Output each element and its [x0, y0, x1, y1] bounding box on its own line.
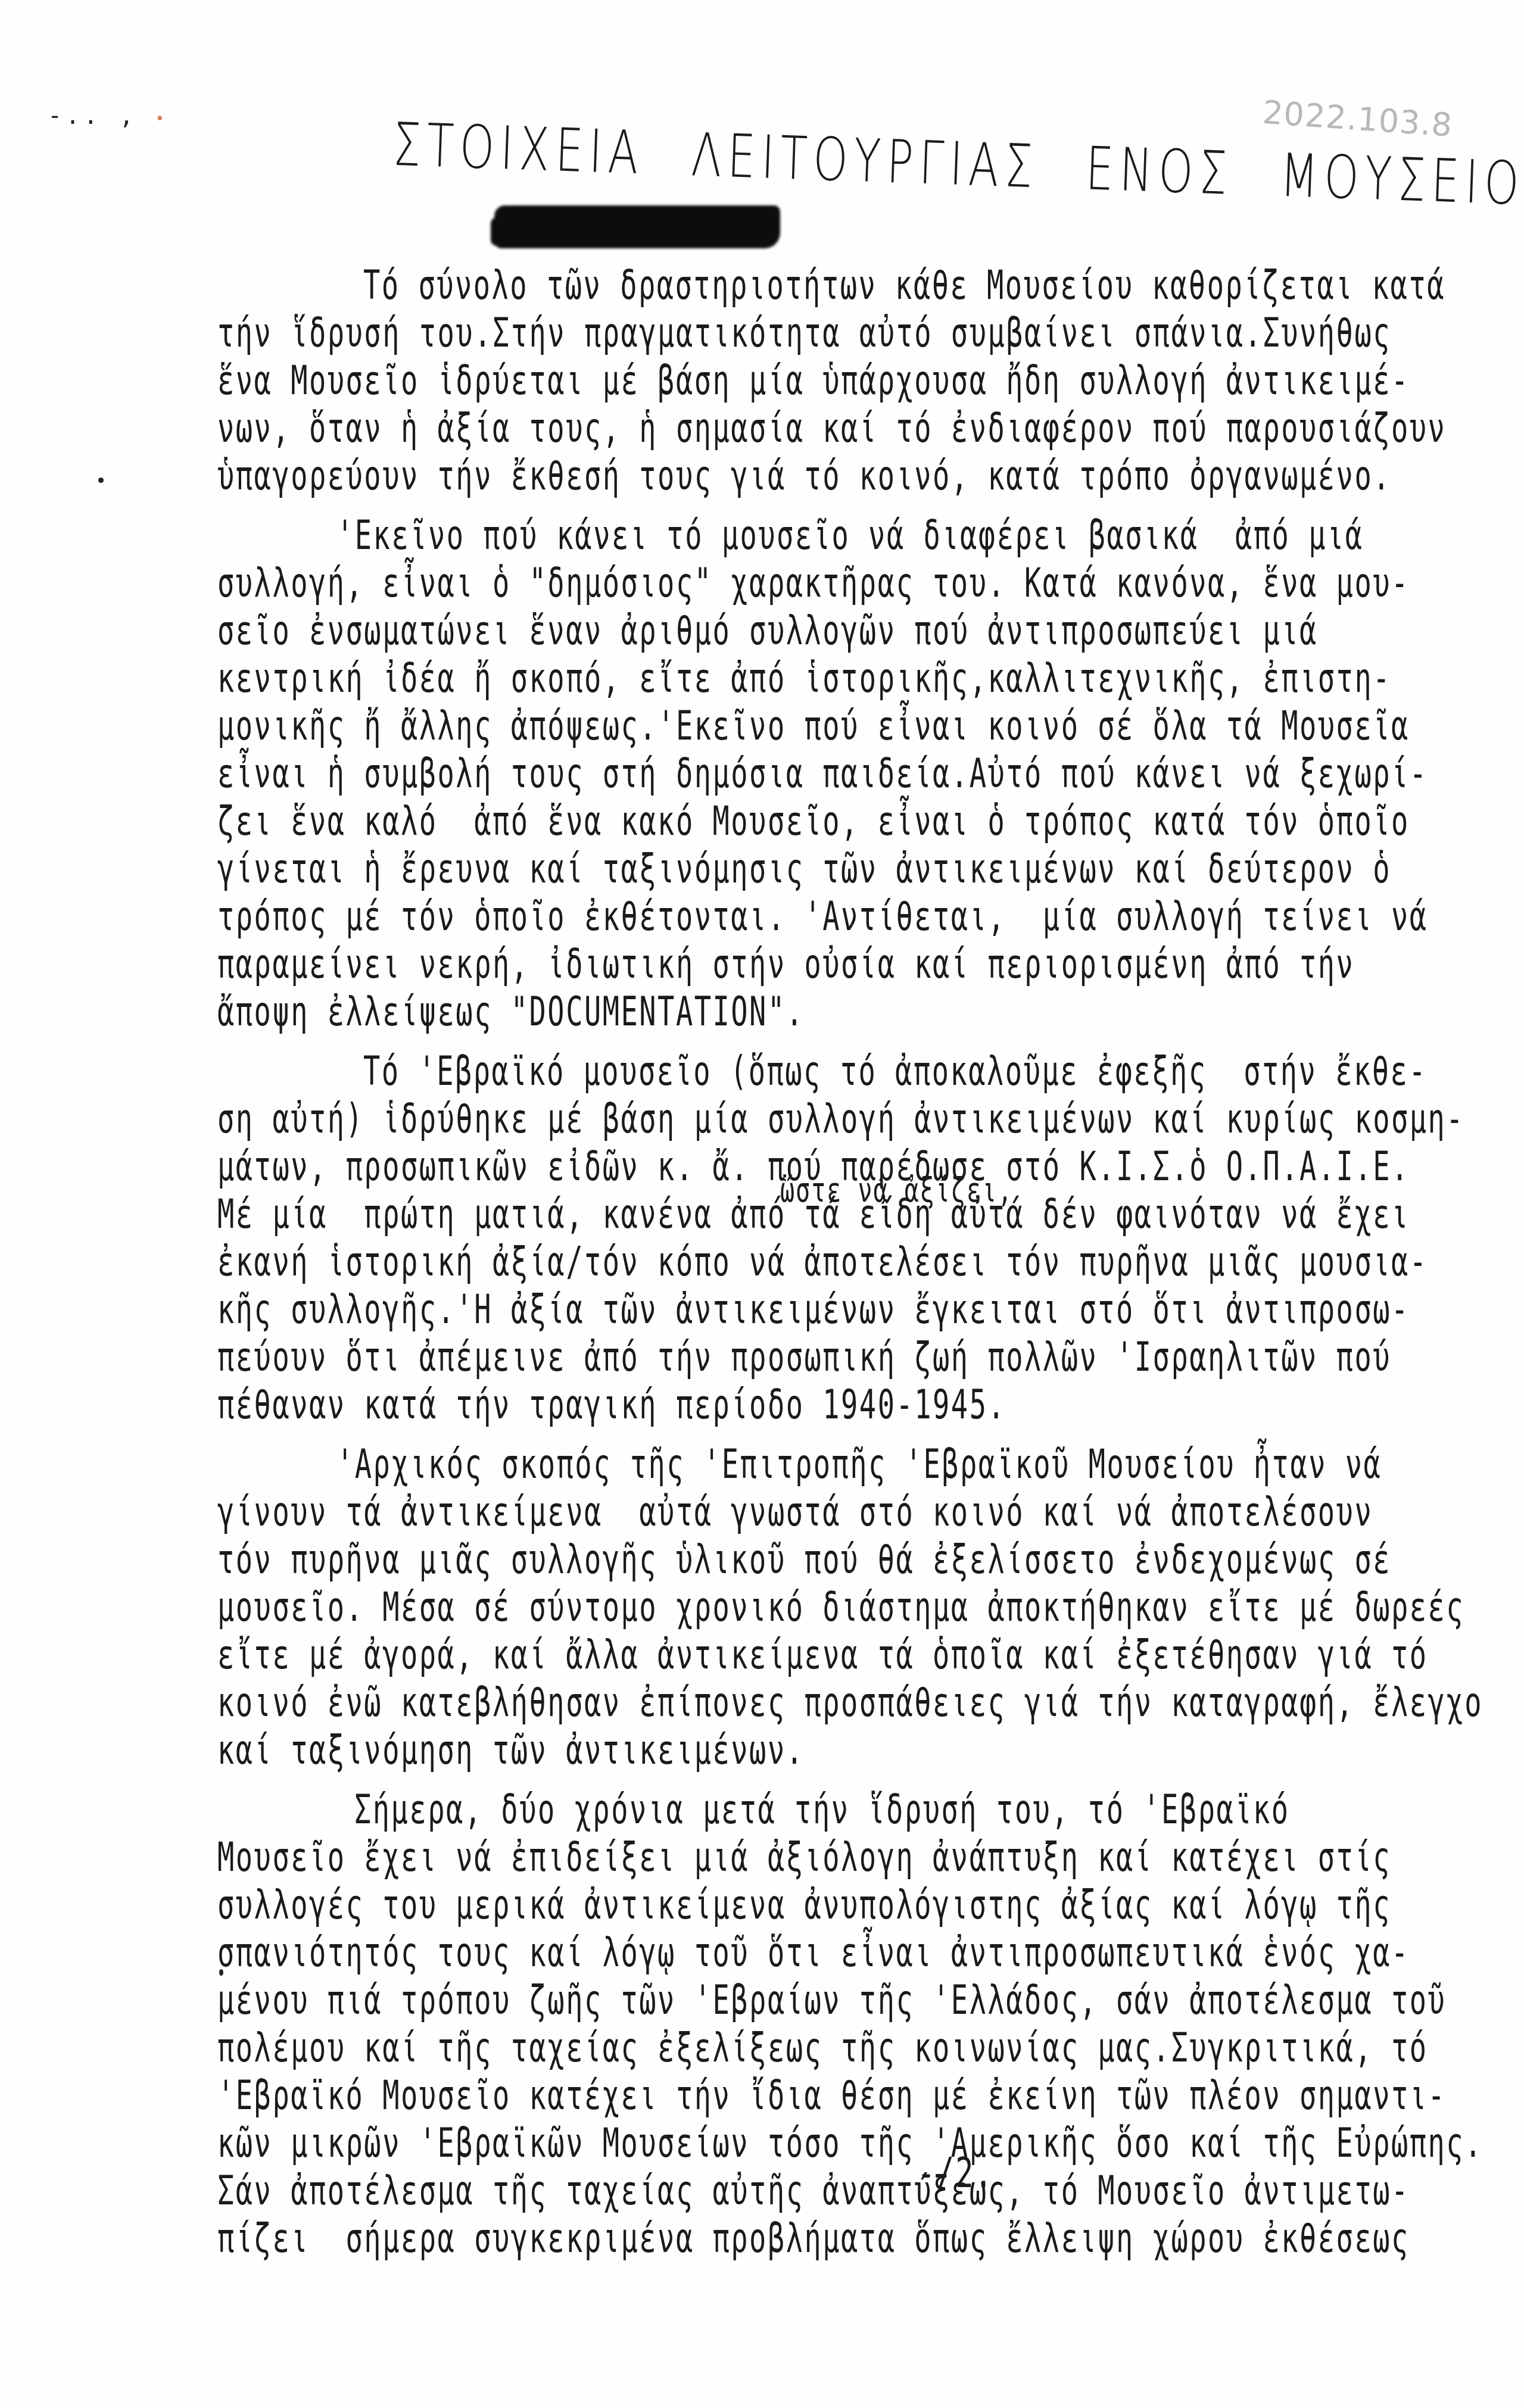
corner-marks-text: -.. ,: [48, 102, 137, 130]
text-line: ἄποψη ἐλλείψεως "DOCUMENTATION".: [217, 978, 1498, 1047]
title-word: ΛΕΙΤΟΥΡΓΙΑΣ: [690, 120, 1040, 201]
interlinear-insertion: ὥστε νά ἀξίζει,: [780, 1172, 1013, 1210]
paragraph: Τό 'Εβραϊκό μουσεῖο (ὅπως τό ἀποκαλοῦμε …: [217, 1048, 1498, 1429]
paragraph: 'Αρχικός σκοπός τῆς 'Επιτροπῆς 'Εβραϊκοῦ…: [217, 1441, 1498, 1774]
text-line: ὑπαγορεύουν τήν ἔκθεσή τους γιά τό κοινό…: [217, 442, 1498, 511]
page-number: -/2.: [917, 2148, 993, 2197]
text-line: πέθαναν κατά τήν τραγική περίοδο 1940-19…: [217, 1371, 1498, 1440]
paragraph: Σήμερα, δύο χρόνια μετά τήν ἵδρυσή του, …: [217, 1786, 1498, 2263]
paragraph: 'Εκεῖνο πού κάνει τό μουσεῖο νά διαφέρει…: [217, 512, 1498, 1036]
text-line: πίζει σήμερα συγκεκριμένα προβλήματα ὅπω…: [217, 2204, 1498, 2273]
title-word: ΣΤΟΙΧΕΙΑ: [392, 110, 646, 188]
accession-number: 2022.103.8: [1261, 93, 1454, 144]
title-word: ΕΝΟΣ: [1084, 135, 1234, 209]
rust-stain-mark: •: [155, 110, 169, 128]
title-word: ΜΟΥΣΕΙΟΥ: [1279, 141, 1524, 220]
scanned-document-page: -.. , • 2022.103.8 ΣΤΟΙΧΕΙΑ ΛΕΙΤΟΥΡΓΙΑΣ …: [0, 0, 1524, 2408]
text-line: καί ταξινόμηση τῶν ἀντικειμένων.: [217, 1716, 1498, 1785]
document-body: Τό σύνολο τῶν δραστηριοτήτων κάθε Μουσεί…: [217, 262, 1498, 2263]
paragraph: Τό σύνολο τῶν δραστηριοτήτων κάθε Μουσεί…: [217, 262, 1498, 500]
corner-ink-marks: -.. , •: [48, 102, 168, 130]
redaction-bar: [494, 205, 780, 248]
margin-mark: [98, 478, 104, 483]
